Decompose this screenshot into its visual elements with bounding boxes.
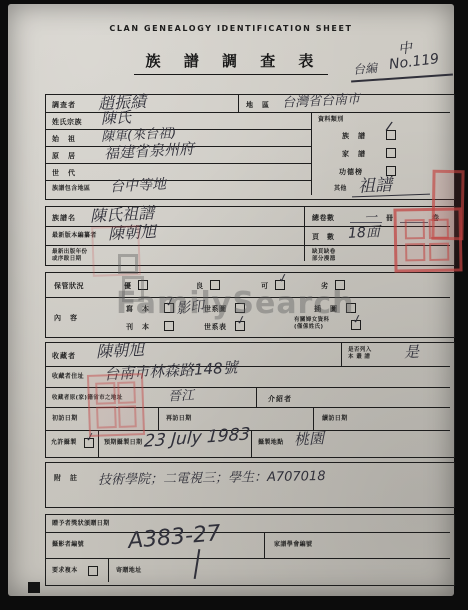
handwriting-stroke [194, 549, 200, 579]
compiler-label: 最新版本編纂者 [52, 232, 97, 239]
red-seal-faint [91, 225, 141, 277]
rule [304, 207, 305, 261]
table-basic-info: 調查者 趙振績 地 區 台灣省台南市 姓氏宗族 陳氏 始 祖 陳軍(來台祖) 原… [45, 94, 455, 200]
coverage-label: 族譜包含地區 [52, 185, 90, 192]
pubyear-label-2: 或序跋日期 [52, 256, 82, 263]
missing-label-1: 缺頁缺卷 [312, 249, 336, 256]
other-value: 祖譜 [357, 170, 392, 197]
volumes-label: 總卷數 [312, 213, 335, 223]
category-label: 資料類別 [318, 116, 344, 123]
pubyear-label-1: 最新出版年份 [52, 249, 87, 256]
content-label: 內 容 [54, 313, 78, 323]
included-label-1: 是否列入 [348, 347, 372, 354]
rule [46, 129, 311, 130]
rule [313, 407, 314, 430]
paper-sheet: CLAN GENEALOGY IDENTIFICATION SHEET 族 譜 … [8, 4, 454, 596]
scanned-document: CLAN GENEALOGY IDENTIFICATION SHEET 族 譜 … [0, 0, 468, 610]
registration-mark [28, 582, 40, 593]
familysearch-watermark: FamilySearch [116, 286, 355, 321]
request-copy-label: 要求複本 [52, 567, 78, 574]
rule [256, 387, 257, 407]
seal-glyph-block [95, 382, 116, 405]
seal-glyph-block [96, 406, 117, 429]
origin-value: 福建省泉州府 [104, 138, 195, 164]
pages-label: 頁 數 [312, 232, 335, 242]
holder-label: 收藏者 [52, 351, 76, 361]
rule [311, 112, 312, 195]
filming-date-value: 23 July 1983 [143, 424, 250, 452]
japu-label: 家 譜 [342, 149, 366, 159]
coverage-value: 台中等地 [110, 174, 167, 197]
printed-checkbox [164, 321, 174, 331]
rule [46, 180, 311, 181]
gray-block-mark [122, 276, 144, 302]
origin-label: 原 居 [52, 151, 76, 161]
red-seal-left [87, 373, 145, 437]
women-label-2: (僅係姓氏) [294, 324, 323, 331]
photographer-no-label: 攝影者編號 [52, 541, 84, 548]
society-no-label: 家譜學會編號 [274, 541, 312, 548]
lineage-table-label: 世系表 [204, 322, 227, 332]
genealogy-title-label: 族譜名 [52, 213, 76, 223]
rule [108, 558, 109, 582]
rule [46, 532, 450, 533]
header-english-title: CLAN GENEALOGY IDENTIFICATION SHEET [8, 24, 454, 33]
serial-hand-label: 台編 [352, 59, 377, 78]
location-label: 攝製地點 [258, 439, 284, 446]
clan-label: 姓氏宗族 [52, 117, 82, 127]
table-filming-admin: 贈予者獎狀頒贈日期 攝影者編號 A383-27 家譜學會編號 要求複本 寄贈地址 [45, 514, 455, 586]
rule [238, 95, 239, 112]
region-value: 台灣省台南市 [282, 88, 361, 111]
page-title: 族 譜 調 查 表 [134, 50, 329, 75]
pages-value: 18面 [347, 221, 380, 243]
generations-label: 世 代 [52, 168, 76, 178]
address-label: 收藏者住址 [52, 373, 84, 380]
note-label: 附 註 [54, 473, 78, 483]
other-label: 其他 [334, 185, 347, 192]
rule [264, 532, 265, 558]
visit1-label: 初訪日期 [52, 415, 78, 422]
send-address-label: 寄贈地址 [116, 567, 142, 574]
note-value: 技術學院；二電視三；學生：A707018 [98, 465, 326, 488]
included-value: 是 [403, 341, 419, 363]
visit3-label: 續訪日期 [322, 415, 348, 422]
filming-date-label: 預期攝製日期 [104, 439, 142, 446]
condition-label: 保管狀況 [54, 281, 84, 291]
permit-label: 允許攝製 [51, 439, 77, 446]
rule [251, 430, 252, 457]
introducer-label: 介紹者 [268, 394, 292, 404]
condition-fair-check-mark-icon: ✓ [277, 270, 290, 286]
rule [46, 163, 311, 164]
red-seal-square [393, 207, 462, 272]
rule [341, 343, 342, 366]
location-value: 桃園 [293, 427, 324, 450]
rule [46, 558, 450, 559]
rule [158, 407, 159, 430]
region-label: 地 區 [246, 100, 270, 110]
table-note: 附 註 技術學院；二電視三；學生：A707018 [45, 462, 455, 508]
japu-checkbox [386, 148, 396, 158]
ancestor-label: 始 祖 [52, 134, 76, 144]
zupu-label: 族 譜 [342, 131, 366, 141]
seal-glyph-block [118, 405, 137, 428]
seal-glyph-block [429, 219, 449, 239]
visit2-label: 再訪日期 [166, 415, 192, 422]
holder-value: 陳朝旭 [95, 337, 144, 362]
photographer-no-value: A383-27 [127, 521, 222, 554]
request-copy-checkbox [88, 566, 98, 576]
seal-glyph-block [405, 219, 425, 239]
page-title-wrap: 族 譜 調 查 表 [8, 50, 454, 75]
award-date-label: 贈予者獎狀頒贈日期 [52, 520, 110, 527]
seal-glyph-block [405, 243, 425, 261]
included-label-2: 本 叢 譜 [348, 354, 370, 361]
printed-label: 刊 本 [126, 322, 150, 332]
seal-glyph-block [429, 243, 449, 261]
seal-glyph-block [117, 381, 136, 404]
missing-label-2: 部分漫漶 [312, 256, 336, 263]
surveyor-label: 調查者 [52, 100, 76, 110]
origin-address-value: 晉江 [168, 384, 195, 404]
